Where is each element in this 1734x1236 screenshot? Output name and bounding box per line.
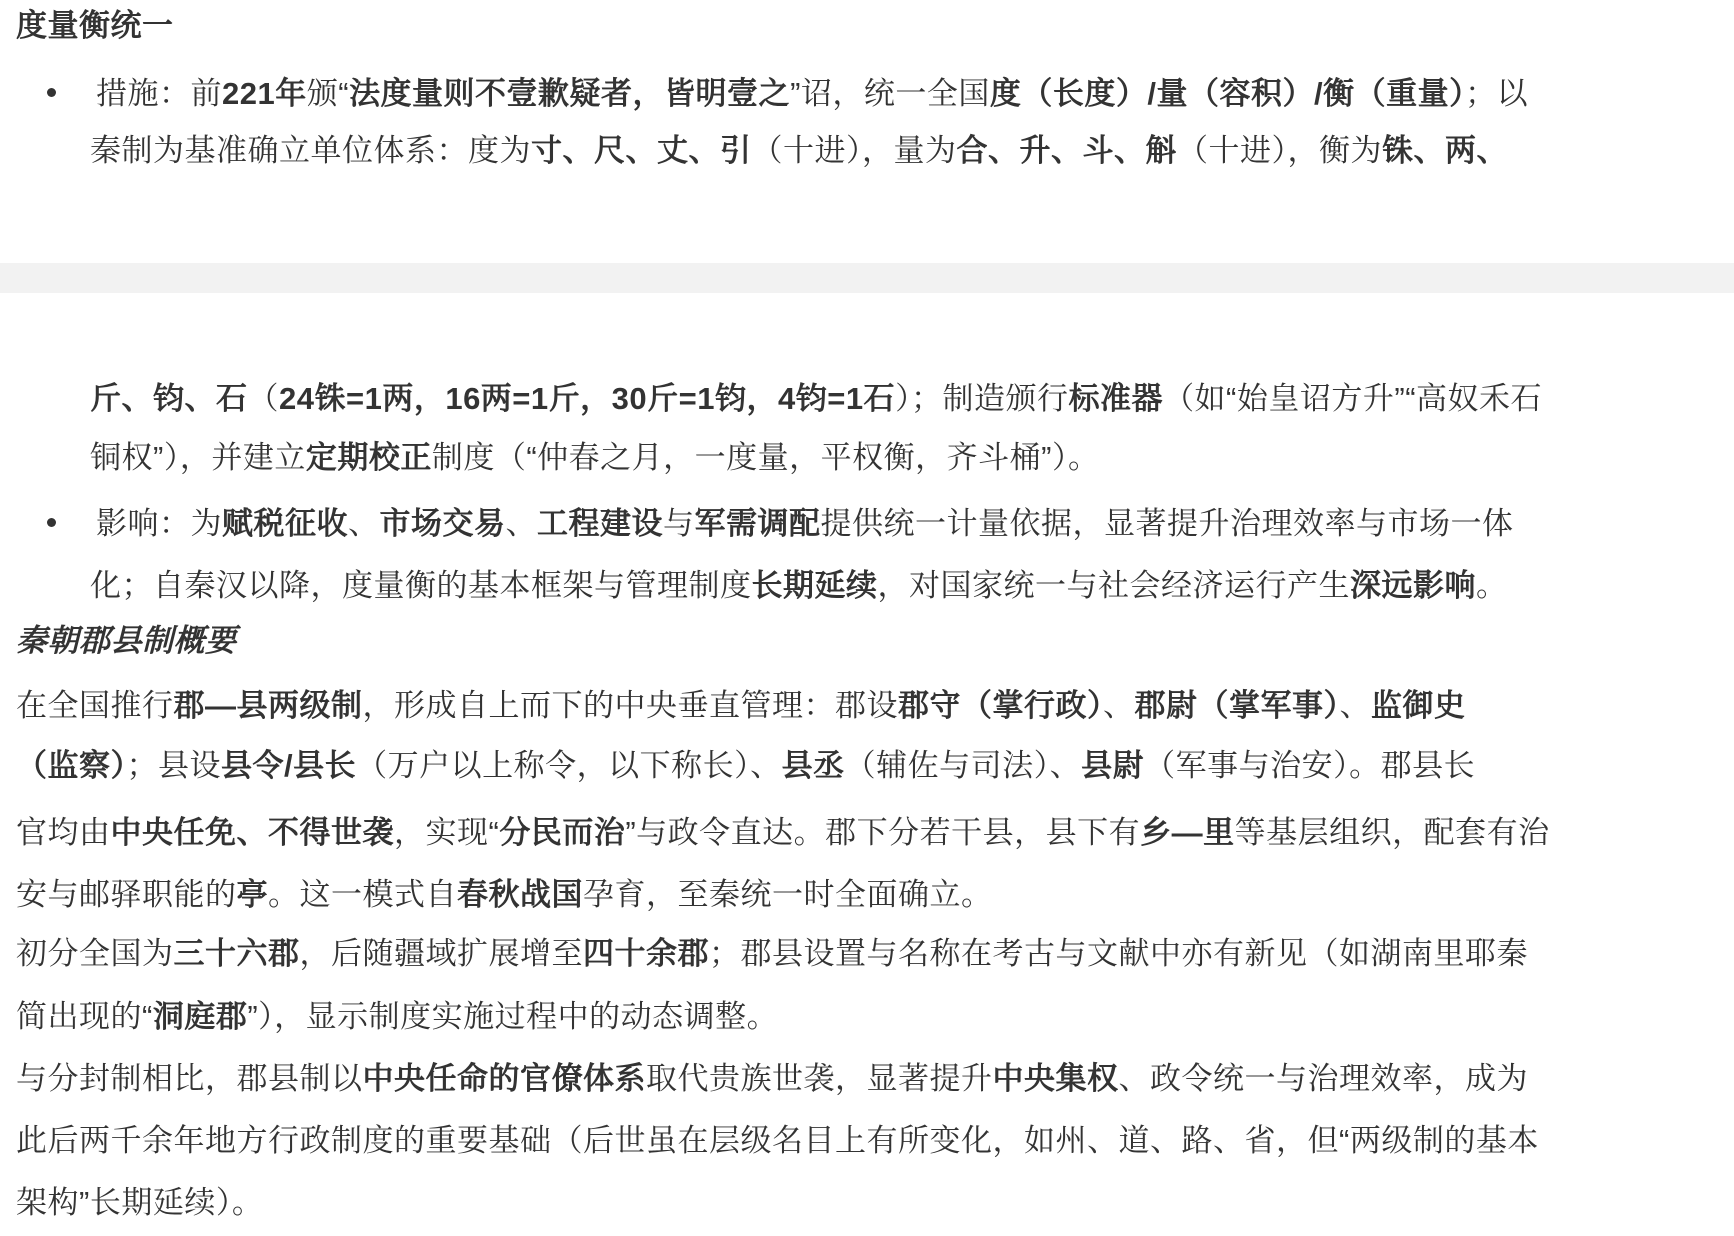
text-run: 深远影响 [1350,568,1476,603]
text-run: （如“始皇诏方升”“高奴禾石 [1163,381,1542,416]
text-run: 郡—县两级制 [174,688,363,723]
text-run: 洞庭郡 [153,999,248,1034]
text-run: 铢、两、 [1382,133,1508,168]
bullet-icon [47,518,56,527]
text-run: 此后两千余年地方行政制度的重要基础（后世虽在层级名目上有所变化，如州、道、路、省… [16,1123,1539,1158]
text-run: 工程建设 [537,506,663,541]
text-run: 取代贵族世袭，显著提升 [646,1061,993,1096]
text-line: 铜权”），并建立定期校正制度（“仲春之月，一度量，平权衡，齐斗桶”）。 [90,440,1099,476]
document-page: 度量衡统一措施：前221年颁“法度量则不壹歉疑者，皆明壹之”诏，统一全国度（长度… [0,0,1734,1236]
text-run: ，实现“ [394,815,499,850]
text-run: 县令/县长 [221,748,356,783]
text-run: 影响：为 [96,506,222,541]
text-run: 分民而治 [499,815,625,850]
section-heading: 秦朝郡县制概要 [16,623,237,659]
text-run: 春秋战国 [457,877,583,912]
text-run: 合、升、斗、斛 [957,133,1178,168]
text-run: 法度量则不壹歉疑者，皆明壹之 [349,76,790,111]
text-run: 在全国推行 [16,688,174,723]
text-line: （监察）；县设县令/县长（万户以上称令，以下称长）、县丞（辅佐与司法）、县尉（军… [16,748,1475,784]
text-run: 措施：前 [96,76,222,111]
text-run: 寸、尺、丈、引 [531,133,752,168]
text-run: 24铢=1两，16两=1斤，30斤=1钧，4钧=1石 [279,381,895,416]
text-run: 安与邮驿职能的 [16,877,237,912]
text-run: 官均由 [16,815,111,850]
text-run: 。这一模式自 [268,877,457,912]
text-run: 、 [348,506,380,541]
text-run: 秦制为基准确立单位体系：度为 [90,133,531,168]
text-run: 颁“ [307,76,349,111]
text-run: （ [248,381,280,416]
text-run: 简出现的“ [16,999,153,1034]
text-run: 长期延续 [752,568,878,603]
text-run: 郡尉（掌军事） [1135,688,1340,723]
text-run: （监察） [16,748,127,783]
text-run: ）；制造颁行 [895,381,1069,416]
text-run: 。 [1476,568,1508,603]
text-run: 标准器 [1069,381,1164,416]
text-run: 度量衡统一 [16,8,174,43]
text-run: ，形成自上而下的中央垂直管理：郡设 [363,688,899,723]
text-run: （万户以上称令，以下称长）、 [356,748,782,783]
text-run: ”诏，统一全国 [790,76,990,111]
text-line: 初分全国为三十六郡，后随疆域扩展增至四十余郡；郡县设置与名称在考古与文献中亦有新… [16,936,1528,972]
text-run: 度（长度）/量（容积）/衡（重量） [990,76,1465,111]
text-run: （辅佐与司法）、 [845,748,1082,783]
text-run: ；县设 [127,748,222,783]
text-run: 郡守（掌行政） [898,688,1103,723]
page-break-band [0,263,1734,293]
text-line: 简出现的“洞庭郡”），显示制度实施过程中的动态调整。 [16,999,778,1035]
text-run: 定期校正 [306,440,432,475]
text-run: 铜权”），并建立 [90,440,306,475]
text-run: 监御史 [1371,688,1466,723]
text-run: 中央集权 [993,1061,1119,1096]
text-run: 中央任命的官僚体系 [363,1061,647,1096]
text-run: 制度（“仲春之月，一度量，平权衡，齐斗桶”）。 [432,440,1100,475]
text-run: 三十六郡 [174,936,300,971]
text-run: 秦朝郡县制概要 [16,623,237,658]
text-run: （十进），衡为 [1177,133,1382,168]
text-run: 架构”长期延续）。 [16,1185,263,1220]
text-line: 官均由中央任免、不得世袭，实现“分民而治”与政令直达。郡下分若干县，县下有乡—里… [16,815,1550,851]
text-line: 措施：前221年颁“法度量则不壹歉疑者，皆明壹之”诏，统一全国度（长度）/量（容… [47,76,1528,112]
text-run: 乡—里 [1140,815,1235,850]
text-run: ；郡县设置与名称在考古与文献中亦有新见（如湖南里耶秦 [709,936,1528,971]
text-run: 等基层组织，配套有治 [1235,815,1550,850]
text-run: ，后随疆域扩展增至 [300,936,584,971]
text-run: 市场交易 [380,506,506,541]
text-run: （十进），量为 [752,133,957,168]
text-run: 221年 [222,76,307,111]
text-run: 赋税征收 [222,506,348,541]
text-run: 、 [1340,688,1372,723]
text-run: ；以 [1465,76,1528,111]
text-line: 此后两千余年地方行政制度的重要基础（后世虽在层级名目上有所变化，如州、道、路、省… [16,1123,1539,1159]
text-run: 县丞 [782,748,845,783]
text-run: （军事与治安）。郡县长 [1144,748,1475,783]
text-line: 影响：为赋税征收、市场交易、工程建设与军需调配提供统一计量依据，显著提升治理效率… [47,506,1514,542]
text-run: 、 [506,506,538,541]
text-run: ，对国家统一与社会经济运行产生 [878,568,1351,603]
text-run: 军需调配 [695,506,821,541]
text-line: 秦制为基准确立单位体系：度为寸、尺、丈、引（十进），量为合、升、斗、斛（十进），… [90,133,1508,169]
text-line: 斤、钧、石（24铢=1两，16两=1斤，30斤=1钧，4钧=1石）；制造颁行标准… [90,381,1542,417]
text-run: ”），显示制度实施过程中的动态调整。 [247,999,778,1034]
bullet-icon [47,88,56,97]
text-line: 安与邮驿职能的亭。这一模式自春秋战国孕育，至秦统一时全面确立。 [16,877,993,913]
text-line: 在全国推行郡—县两级制，形成自上而下的中央垂直管理：郡设郡守（掌行政）、郡尉（掌… [16,688,1466,724]
text-run: 县尉 [1081,748,1144,783]
section-heading: 度量衡统一 [16,8,174,44]
text-run: 、政令统一与治理效率，成为 [1119,1061,1529,1096]
text-run: 初分全国为 [16,936,174,971]
text-line: 架构”长期延续）。 [16,1185,263,1221]
text-line: 与分封制相比，郡县制以中央任命的官僚体系取代贵族世袭，显著提升中央集权、政令统一… [16,1061,1528,1097]
text-run: ”与政令直达。郡下分若干县，县下有 [625,815,1140,850]
text-run: 斤、钧、石 [90,381,248,416]
text-line: 化；自秦汉以降，度量衡的基本框架与管理制度长期延续，对国家统一与社会经济运行产生… [90,568,1508,604]
text-run: 与分封制相比，郡县制以 [16,1061,363,1096]
text-run: 与 [663,506,695,541]
text-run: 、 [1103,688,1135,723]
text-run: 中央任免、不得世袭 [111,815,395,850]
text-run: 亭 [237,877,269,912]
text-run: 孕育，至秦统一时全面确立。 [583,877,993,912]
text-run: 化；自秦汉以降，度量衡的基本框架与管理制度 [90,568,752,603]
text-run: 提供统一计量依据，显著提升治理效率与市场一体 [821,506,1514,541]
text-run: 四十余郡 [583,936,709,971]
